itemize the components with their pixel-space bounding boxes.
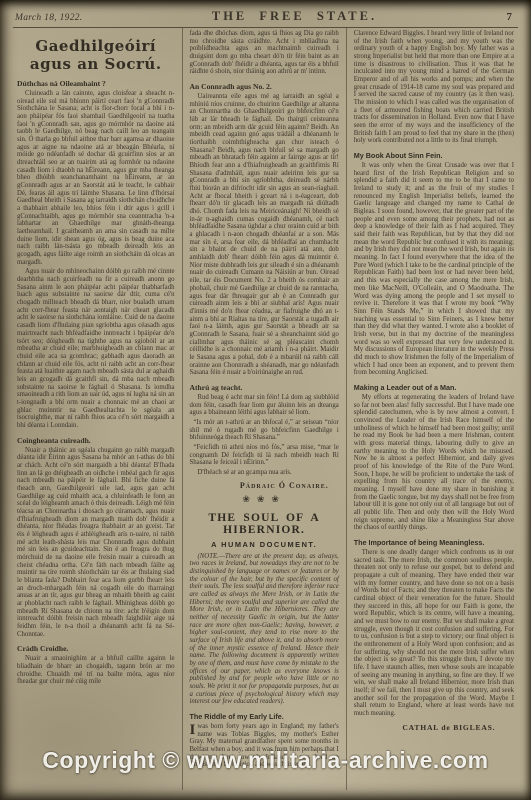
gaelic-subhead-duthchas: Dúthchas ná Oileamhaint ? xyxy=(17,79,175,88)
gaelic-subhead-athru-ag-teacht: Athrú ag teacht. xyxy=(190,383,339,392)
gaelic-paragraph-continued: fada dhe dhóchas díom, agus tá fhios ag … xyxy=(190,30,339,76)
gaelic-paragraph: Nuair a smaoinighim ar a bhfuil caillte … xyxy=(17,655,175,686)
article-paragraph: There is one deadly danger which confron… xyxy=(354,549,514,718)
gaelic-article-headline: Gaedhilgeóirí agus an Socrú. xyxy=(17,37,175,73)
gaelic-paragraph: Cluineadh a lán cainnte, agus cloisfear … xyxy=(17,90,175,266)
article-paragraph: Clarence Edward Biggles. I heard very li… xyxy=(354,30,514,145)
right-column: Clarence Edward Biggles. I heard very li… xyxy=(346,28,521,790)
section-divider-ornament: ❀❀❀ xyxy=(190,495,339,505)
article-paragraph: My efforts at regenerating the leaders o… xyxy=(354,394,514,532)
gaelic-quote: “Is mór an t-athrú ar an bhfocal é,” ar … xyxy=(190,419,339,442)
english-article-signature: CATHAL de BIGLEAS. xyxy=(384,723,514,732)
copyright-watermark: Copyright © www.militaria-archive.com xyxy=(0,747,531,774)
subhead-my-book-about-sinn-fein: My Book About Sinn Fein. xyxy=(354,151,514,160)
gaelic-subhead-coingheanta: Coingheanta cuireadh. xyxy=(17,436,175,445)
gaelic-article-signature: Pádraic Ó Conaire. xyxy=(190,481,329,490)
gaelic-subhead-cradh-croidhe: Crádh Croidhe. xyxy=(17,644,175,653)
masthead-date: March 18, 1922. xyxy=(15,13,82,23)
page-number: 7 xyxy=(506,11,516,23)
masthead-title: THE FREE STATE. xyxy=(212,9,377,24)
middle-column: fada dhe dhóchas díom, agus tá fhios ag … xyxy=(182,28,346,790)
gaelic-paragraph: Nuair a tháinic an sgéala chugainn go ra… xyxy=(17,447,175,639)
gaelic-quote: “Feicfidh tú athrú níos mó fós,” arsa mi… xyxy=(190,444,339,467)
gaelic-subhead-an-connradh: An Connradh agus No. 2. xyxy=(190,82,339,91)
gaelic-paragraph: Agus nuair do mhíneochainn dóibh go raib… xyxy=(17,268,175,429)
article-paragraph: It was only when the Great Crusade was o… xyxy=(354,162,514,377)
gaelic-paragraph: Uaireannta eile agus mé ag iarraidh an s… xyxy=(190,93,339,377)
english-article-subhead: A HUMAN DOCUMENT. xyxy=(190,540,339,549)
gaelic-paragraph: D'fhéach sé ar an gcampa nua arís. xyxy=(190,469,339,477)
gaelic-paragraph: Rud beag é acht mar sin féin! Lá dom ag … xyxy=(190,394,339,417)
masthead: March 18, 1922. THE FREE STATE. 7 xyxy=(13,0,518,28)
subhead-importance-of-being-meaningless: The Importance of being Meaningless. xyxy=(354,538,514,547)
subhead-making-a-leader: Making a Leader out of a Man. xyxy=(354,383,514,392)
left-column: Gaedhilgeóirí agus an Socrú. Dúthchas ná… xyxy=(10,28,182,790)
column-layout: Gaedhilgeóirí agus an Socrú. Dúthchas ná… xyxy=(10,28,521,790)
editorial-note-paragraph: (NOTE.—There are at the present day, as … xyxy=(190,553,339,706)
english-article-headline: THE SOUL OF A HIBERNIOR. xyxy=(190,512,339,536)
subhead-riddle-early-life: The Riddle of my Early Life. xyxy=(190,712,339,721)
newspaper-page: March 18, 1922. THE FREE STATE. 7 Gaedhi… xyxy=(0,0,531,800)
